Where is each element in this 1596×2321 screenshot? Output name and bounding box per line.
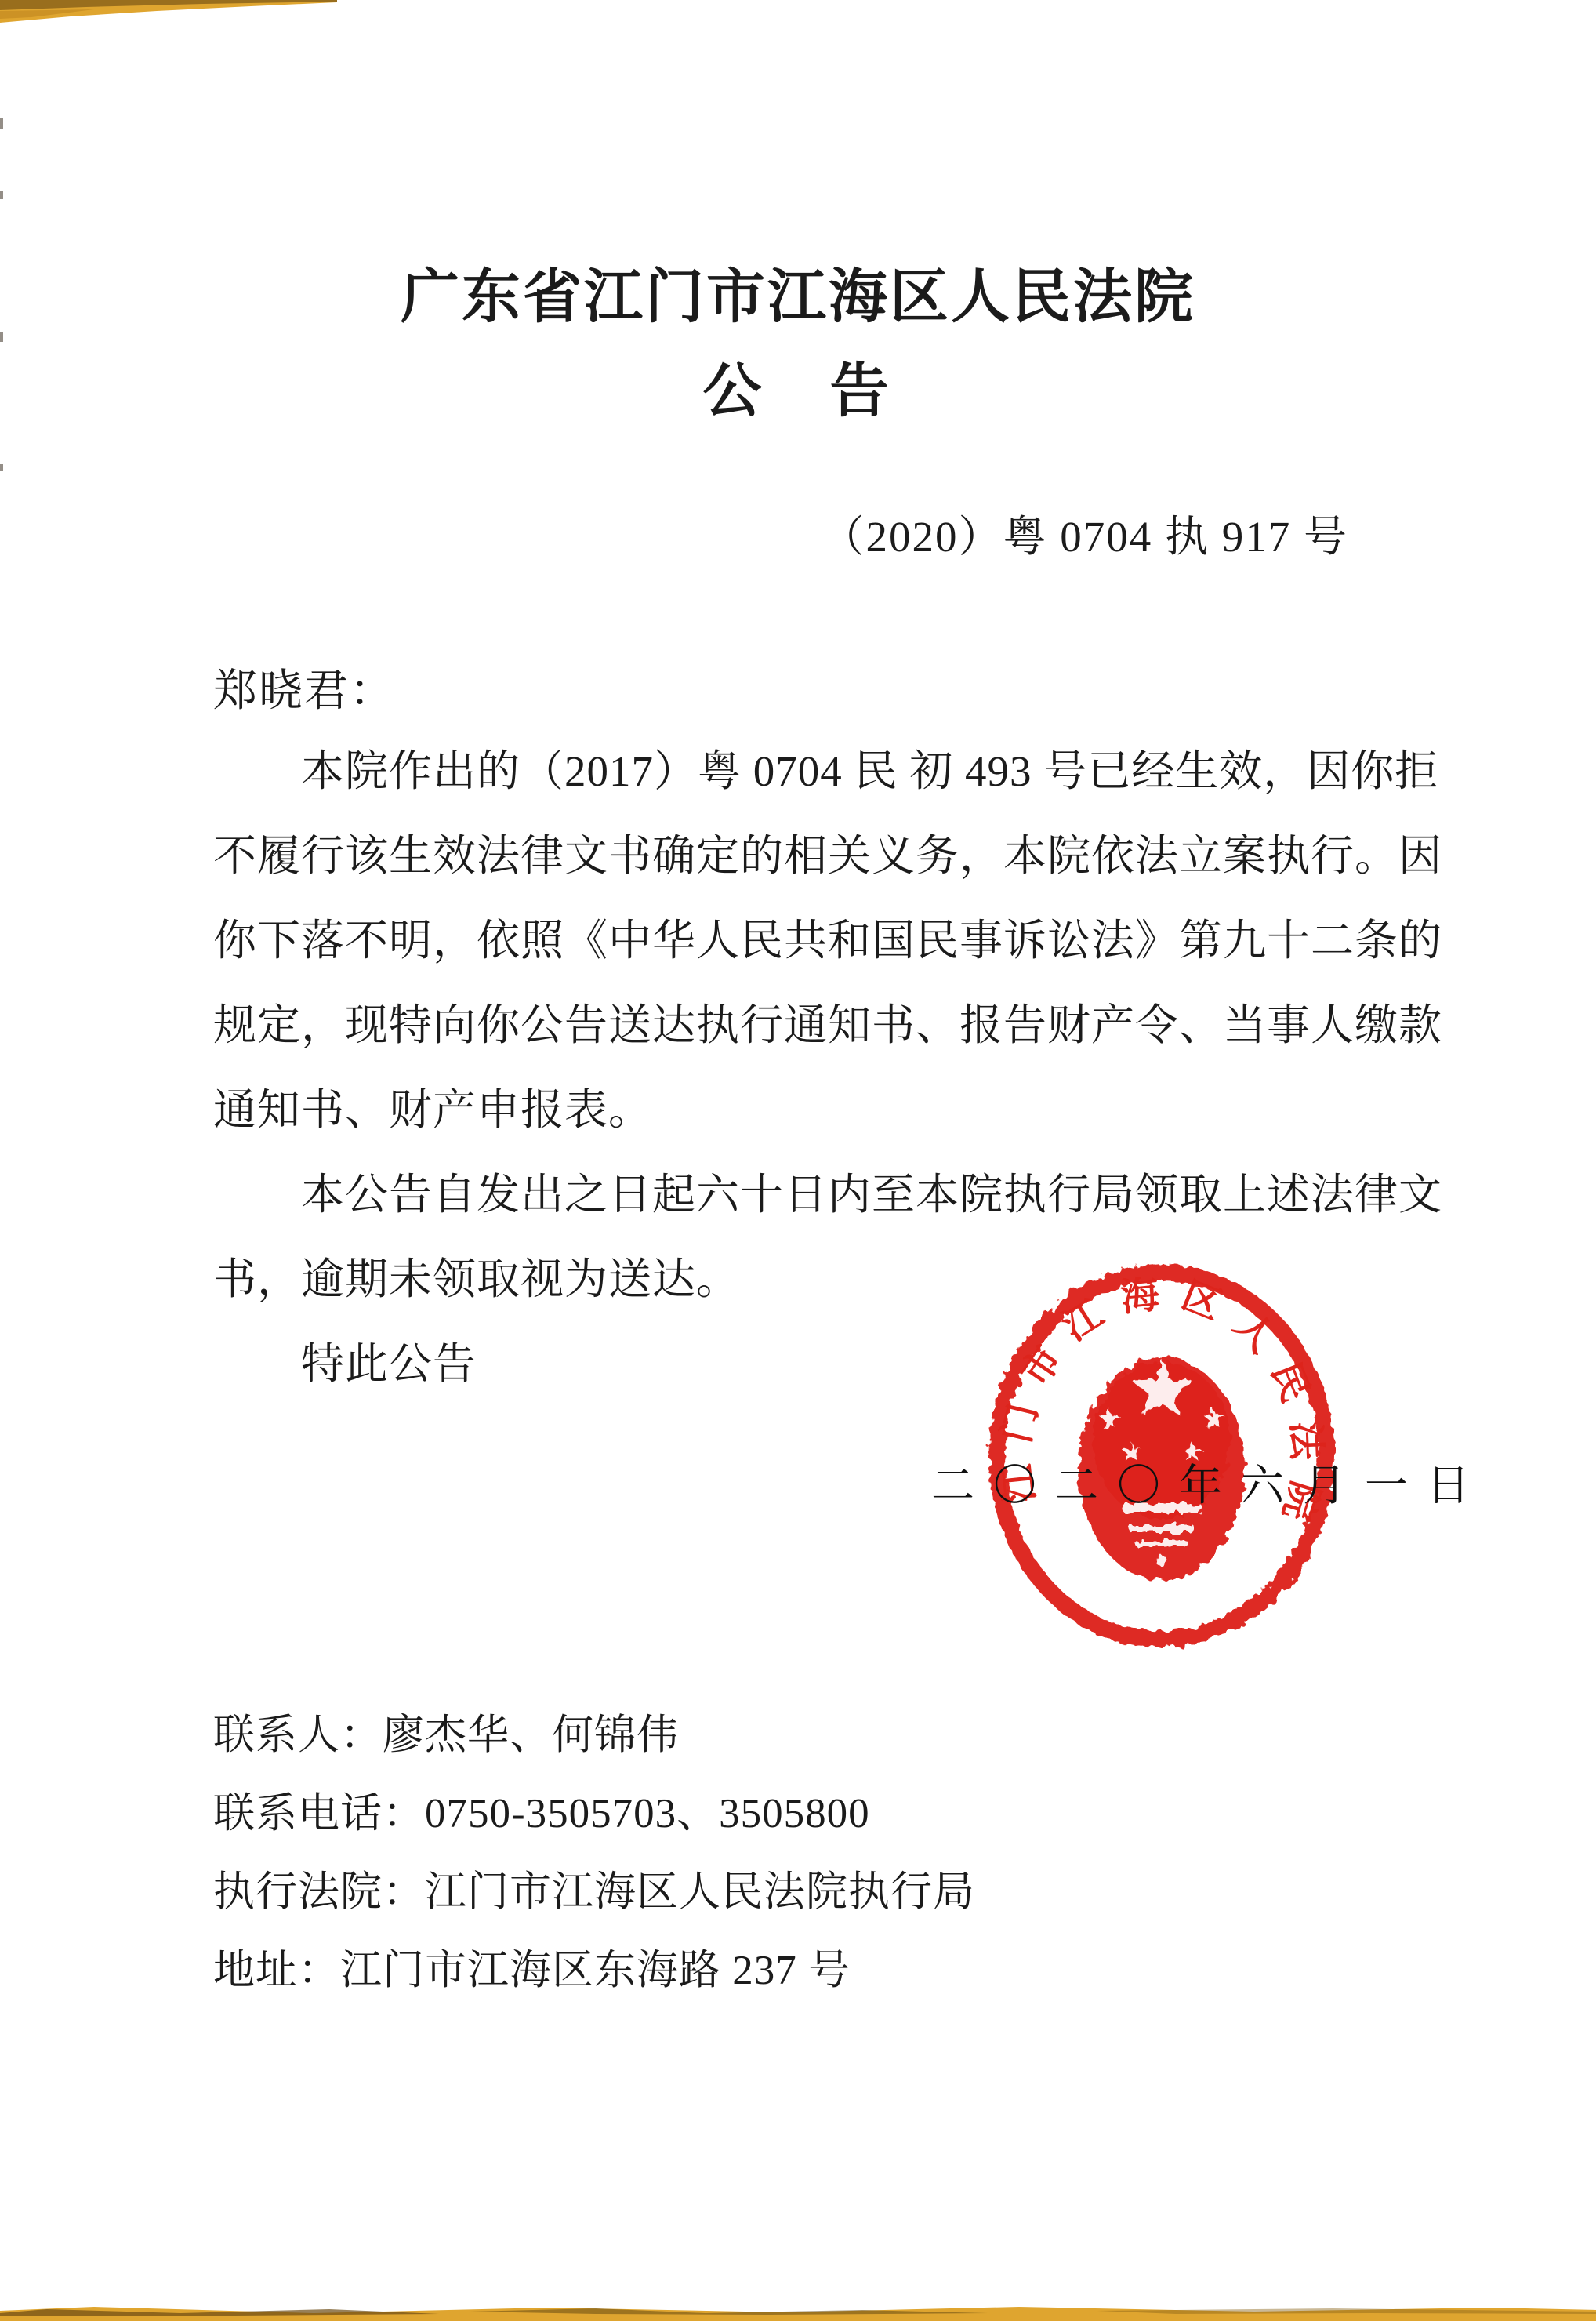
contact-block: 联系人：廖杰华、何锦伟 联系电话：0750-3505703、3505800 执行…	[213, 1696, 1467, 2010]
court-address: 地址：江门市江海区东海路 237 号	[213, 1931, 1467, 2010]
scan-artifact-top	[0, 0, 337, 27]
gate-line	[1129, 1525, 1195, 1532]
addressee: 郑晓君：	[213, 660, 395, 723]
body-line: 规定，现特向你公告送达执行通知书、报告财产令、当事人缴款	[213, 983, 1460, 1068]
document-title: 公 告	[0, 353, 1596, 431]
scan-artifact-speck	[0, 191, 3, 199]
court-name: 广东省江门市江海区人民法院	[0, 259, 1596, 337]
body-line: 本院作出的（2017）粤 0704 民 初 493 号已经生效，因你拒	[213, 729, 1460, 814]
body-line: 本公告自发出之日起六十日内至本院执行局领取上述法律文	[213, 1153, 1460, 1237]
contact-person: 联系人：廖杰华、何锦伟	[213, 1696, 1467, 1774]
document-page: 广东省江门市江海区人民法院 公 告 （2020）粤 0704 执 917 号 郑…	[0, 0, 1596, 2321]
gate-dot	[1156, 1556, 1167, 1567]
gate-line	[1135, 1541, 1188, 1546]
scan-artifact-bottom	[0, 2304, 1596, 2321]
scan-artifact-speck	[0, 464, 3, 471]
body-line: 不履行该生效法律文书确定的相关义务，本院依法立案执行。因	[213, 814, 1460, 899]
scan-artifact-speck	[0, 118, 3, 129]
case-number: （2020）粤 0704 执 917 号	[821, 506, 1348, 568]
issue-date: 二〇二〇年六月一日	[931, 1451, 1489, 1513]
body-line: 通知书、财产申报表。	[213, 1068, 1460, 1153]
executing-court: 执行法院：江门市江海区人民法院执行局	[213, 1853, 1467, 1931]
body-line: 你下落不明，依照《中华人民共和国民事诉讼法》第九十二条的	[213, 899, 1460, 983]
scan-artifact-speck	[0, 332, 3, 342]
contact-phone: 联系电话：0750-3505703、3505800	[213, 1774, 1467, 1853]
